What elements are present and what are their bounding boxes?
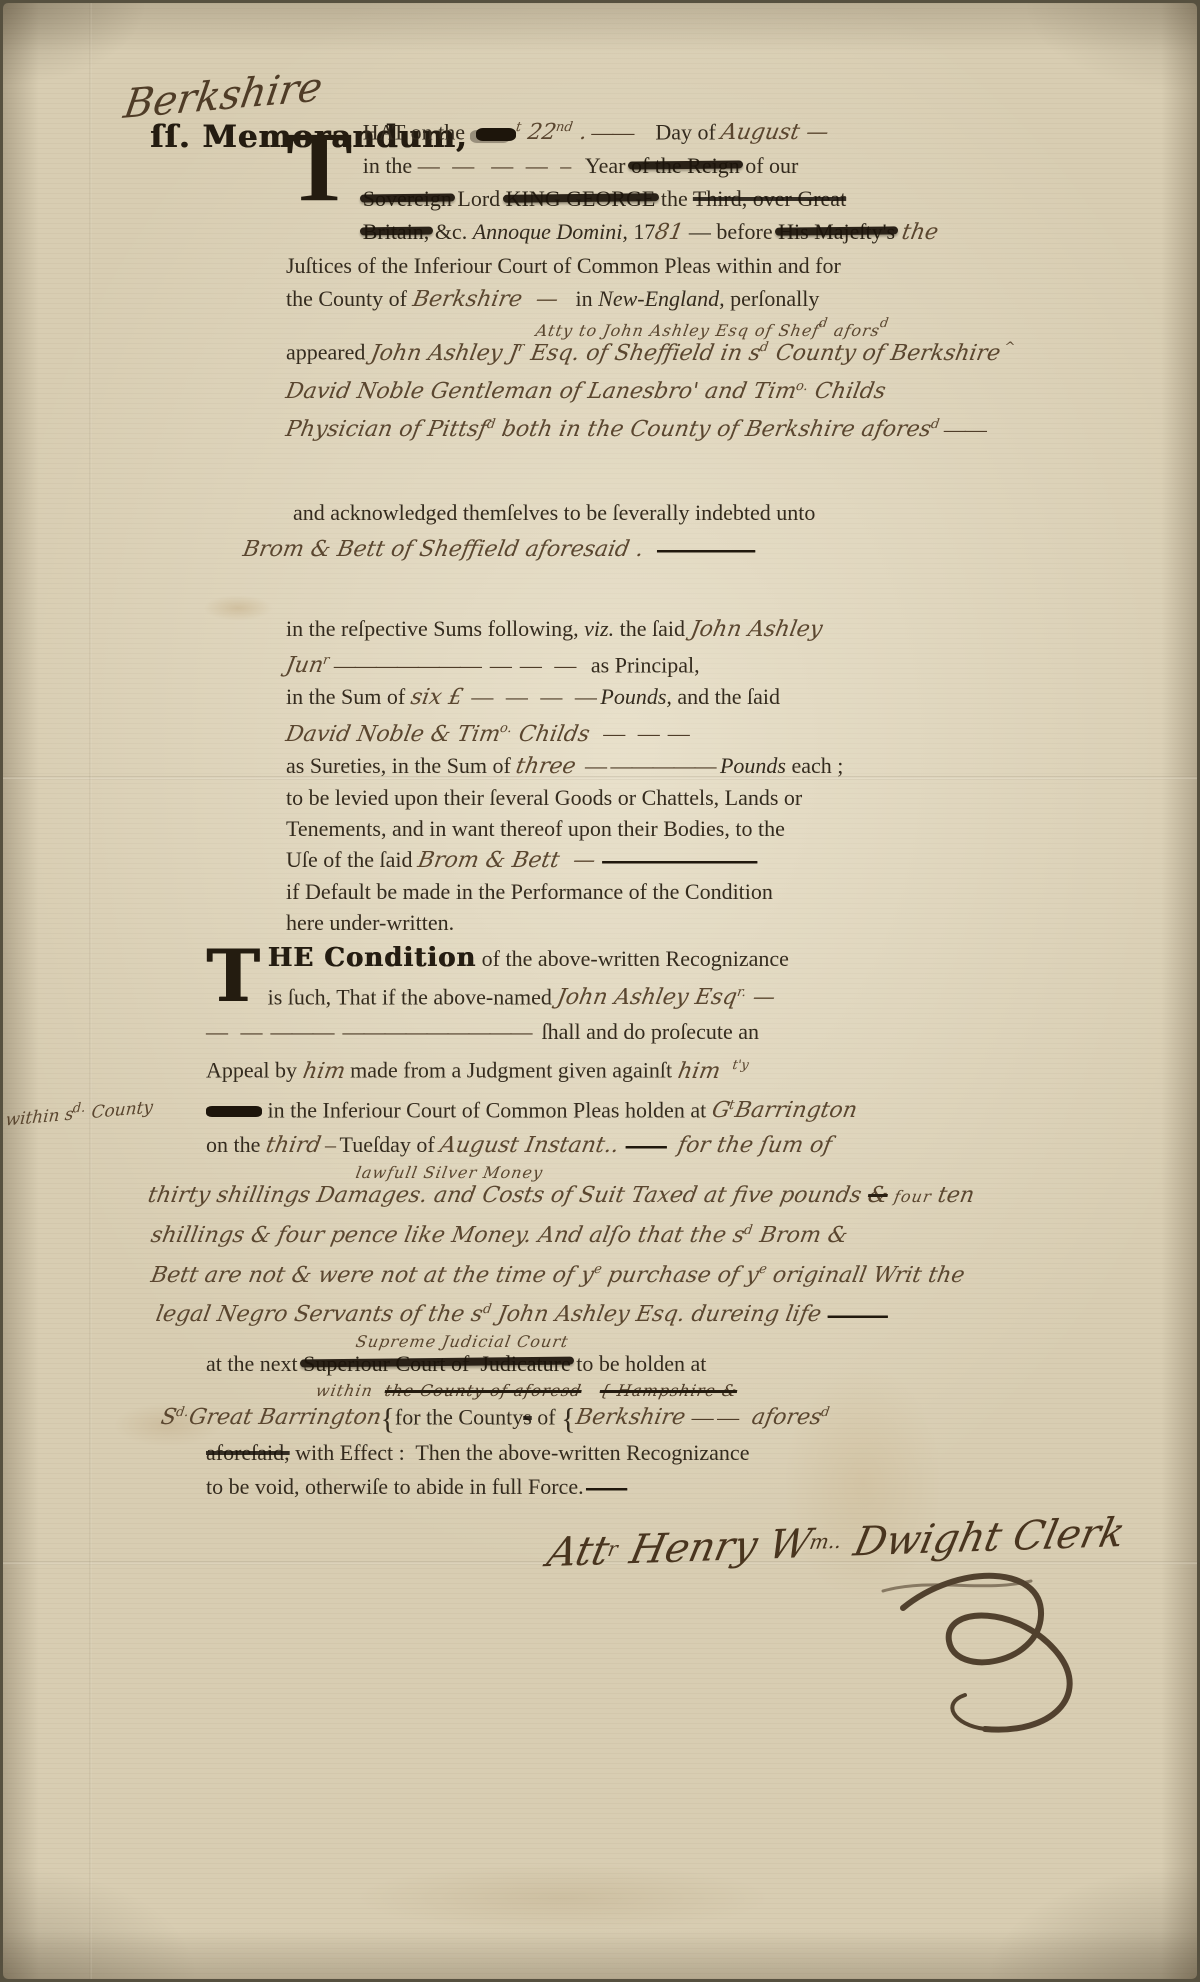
text-segment: Jun (283, 650, 326, 681)
text-segment: Juſtices of the Inferiour Court of Commo… (286, 253, 841, 278)
text-segment: Supreme Judicial Court (355, 1334, 570, 1349)
text-segment: Britain, (363, 219, 430, 244)
text-segment: Bett are not & were not at the time of y (148, 1259, 596, 1293)
text-segment: Superiour Court of Judicature (303, 1351, 571, 1376)
text-segment: him (675, 1055, 723, 1089)
text-segment: Day of (633, 119, 721, 144)
text-segment: Dwight Clerk (837, 1507, 1130, 1569)
text-line: — — ——— ————————— ſhall and do proſecute… (206, 1015, 916, 1049)
text-segment: – (321, 1132, 340, 1157)
text-segment: legal Negro Servants of the s (153, 1298, 486, 1332)
text-segment: shillings & four pence like Money. And a… (148, 1219, 747, 1253)
text-line: Tenements, and in want thereof upon thei… (286, 813, 946, 844)
text-line: Sovereign Lord KING GEORGE the Third, ov… (286, 182, 936, 215)
text-segment: Great Barrington (186, 1401, 384, 1435)
text-segment: Brom & Bett of Sheffield aforesaid . (240, 532, 661, 568)
document-page: Berkshire ſſ. Memorandum, T HAT on the t… (3, 3, 1197, 1979)
text-segment: HAT on the (363, 119, 476, 144)
text-line: Atty to John Ashley Esq of Shefd aforsd (286, 316, 936, 331)
text-segment: KING GEORGE (506, 186, 656, 211)
text-segment: Year (575, 153, 631, 178)
text-segment: ^ (998, 331, 1018, 364)
text-segment: to be void, otherwiſe to abide in full F… (206, 1474, 584, 1499)
signature-flourish (863, 1563, 1143, 1773)
text-line: HE Condition of the above-written Recogn… (206, 941, 916, 976)
text-segment: — — (692, 1404, 739, 1429)
text-segment: Barrington (732, 1094, 860, 1128)
text-segment: Childs (805, 375, 888, 408)
text-segment: Berkshire (573, 1401, 695, 1435)
text-segment: thirty shillings Damages. and Costs of S… (145, 1179, 871, 1213)
text-line: thirty shillings Damages. and Costs of S… (148, 1178, 916, 1214)
text-segment: Tenements, and in want thereof upon thei… (286, 816, 785, 841)
text-segment (476, 128, 516, 141)
text-line: lawfull Silver Money (206, 1163, 916, 1178)
paragraph-condition: T HE Condition of the above-written Reco… (206, 941, 916, 1504)
text-segment: d. (73, 1098, 86, 1119)
text-segment: him (300, 1055, 348, 1089)
text-segment: August — (718, 116, 831, 149)
text-segment: Third, over Great (693, 186, 846, 211)
margin-note: within sd. County (4, 1093, 153, 1130)
text-segment: on the (206, 1132, 266, 1157)
text-segment: both in the County of Berkshire afores (492, 413, 934, 446)
text-segment: —— (626, 1132, 664, 1157)
text-segment: and the ſaid (672, 684, 780, 709)
text-segment (206, 1106, 262, 1117)
text-segment: ————— (657, 536, 752, 561)
text-segment: in the reſpective Sums following, (286, 616, 584, 641)
text-line: within sd. County (4, 1093, 153, 1130)
text-segment: 22 (518, 116, 559, 149)
text-line: Brom & Bett of Sheffield aforesaid . ———… (243, 531, 953, 568)
text-segment: perſonally (725, 286, 820, 311)
text-segment: within (315, 1383, 375, 1398)
text-segment: Uſe of the ſaid (286, 847, 418, 872)
text-segment: ———————— (602, 847, 754, 872)
text-segment: three (514, 751, 579, 782)
text-segment: the (655, 186, 692, 211)
text-segment: and acknowledged themſelves to be ſevera… (293, 500, 815, 525)
text-segment: as Sureties, in the Sum of (286, 753, 516, 778)
text-line: Physician of Pittsfd both in the County … (286, 408, 936, 446)
text-line: and acknowledged themſelves to be ſevera… (293, 495, 953, 531)
text-segment: of the above-written Recognizance (476, 946, 789, 971)
text-segment: ——— (828, 1301, 885, 1326)
text-segment: — — — — (462, 684, 600, 709)
text-segment: Henry W (612, 1518, 816, 1577)
drop-cap: T (286, 115, 353, 241)
text-segment: third (263, 1129, 324, 1163)
text-segment: — before (683, 219, 778, 244)
text-segment: HE Condition (268, 943, 477, 973)
text-segment: the County of aforesd (384, 1383, 583, 1398)
text-line: as Sureties, in the Sum of three — —————… (286, 750, 946, 782)
text-line: if Default be made in the Performance of… (286, 876, 946, 907)
text-segment: with Effect : Then the above-written Rec… (290, 1440, 750, 1465)
text-segment: County (85, 1097, 153, 1123)
text-segment: appeared (286, 340, 371, 365)
stain (353, 1863, 773, 1933)
text-segment: purchase of y (598, 1259, 761, 1293)
text-line: to be levied upon their ſeveral Goods or… (286, 782, 946, 813)
text-segment: John Ashley Esq (554, 981, 740, 1015)
text-segment: — (743, 981, 778, 1015)
text-line: HAT on the t 22nd . —— Day of August — (286, 111, 936, 149)
text-line: shillings & four pence like Money. And a… (151, 1214, 916, 1253)
text-line: the County of Berkshire — in New-England… (286, 282, 936, 316)
text-segment: here under-written. (286, 910, 454, 935)
text-segment: —— (584, 1474, 625, 1499)
text-segment: t'y (717, 1049, 750, 1083)
text-segment: Pounds, (600, 684, 672, 709)
text-line: here under-written. (286, 907, 946, 938)
text-segment: August Instant.. (437, 1129, 629, 1163)
text-segment: New-England, (598, 286, 725, 311)
text-segment: Tueſday of (340, 1132, 441, 1157)
text-segment: 17 (628, 219, 656, 244)
paragraph-indebted: and acknowledged themſelves to be ſevera… (293, 495, 953, 568)
text-segment: { Hampshire & (599, 1383, 739, 1398)
text-line: legal Negro Servants of the sd John Ashl… (156, 1293, 916, 1332)
text-segment: —— (939, 416, 986, 441)
text-segment: four (885, 1180, 935, 1214)
text-line: Supreme Judicial Court (206, 1332, 916, 1347)
text-segment: John Ashley J (368, 337, 521, 370)
text-segment: Brom & (750, 1219, 850, 1253)
text-segment: Brom & Bett — (415, 845, 605, 876)
text-line: on the third – Tueſday of August Instant… (206, 1128, 916, 1163)
text-segment: lawfull Silver Money (355, 1165, 545, 1180)
text-segment: in the Inferiour Court of Common Pleas h… (262, 1097, 712, 1122)
text-segment: —— (587, 119, 634, 144)
text-line: appeared John Ashley Jr Esq. of Sheffiel… (286, 331, 936, 369)
text-segment: in the Sum of (286, 684, 411, 709)
text-line: Uſe of the ſaid Brom & Bett — ———————— (286, 844, 946, 876)
text-segment: for the ſum of (661, 1129, 834, 1163)
text-line: in the reſpective Sums following, viz. t… (286, 613, 946, 645)
text-segment: afores (735, 1401, 824, 1435)
text-segment: of (532, 1404, 561, 1429)
text-line: David Noble Gentleman of Lanesbro' and T… (286, 370, 936, 408)
text-segment: Esq. of Sheffield in s (521, 337, 763, 370)
paragraph-recognizance: T HAT on the t 22nd . —— Day of August —… (286, 111, 936, 446)
text-segment: the County of (286, 286, 413, 311)
text-segment: six £ (408, 682, 465, 713)
text-segment: — ————— (576, 753, 720, 778)
text-line: is ſuch, That if the above-named John As… (206, 976, 916, 1015)
text-line: aforeſaid, with Effect : Then the above-… (206, 1436, 916, 1470)
text-segment: viz. (584, 616, 614, 641)
text-line: at the next Superiour Court of Judicatur… (206, 1347, 916, 1381)
text-segment: to be holden at (571, 1351, 707, 1376)
text-segment: Atty to John Ashley Esq of Shef (535, 323, 821, 338)
paragraph-sums: in the reſpective Sums following, viz. t… (286, 613, 946, 938)
text-segment: Appeal by (206, 1058, 303, 1083)
text-segment: ten (928, 1179, 977, 1213)
text-segment: ——————— — — — (329, 652, 580, 677)
text-segment: — — — (603, 721, 689, 746)
fold-crease (89, 3, 92, 1979)
text-line: Junr ——————— — — — as Principal, (286, 645, 946, 681)
text-segment: — — — — – (418, 153, 575, 178)
text-line: in the Inferiour Court of Common Pleas h… (206, 1089, 916, 1128)
text-segment: is ſuch, That if the above-named (268, 984, 558, 1009)
text-segment: Pounds (720, 753, 786, 778)
text-segment: as Principal, (580, 652, 700, 677)
text-segment: of our (740, 153, 799, 178)
drop-cap: T (206, 947, 260, 1011)
text-line: within the County of aforesd { Hampshire… (206, 1381, 916, 1396)
text-segment: — — ——— ————————— (206, 1019, 536, 1044)
text-line: Appeal by him made from a Judgment given… (206, 1049, 916, 1088)
text-segment: the ſaid (614, 616, 690, 641)
text-segment: aforeſaid, (206, 1440, 290, 1465)
text-segment: originall Writ the (763, 1259, 967, 1293)
text-segment: each ; (786, 753, 843, 778)
text-segment: afors (826, 323, 881, 338)
text-segment: for the County (395, 1404, 523, 1429)
text-segment: d (879, 316, 889, 331)
text-line: in the Sum of six £ — — — — Pounds, and … (286, 681, 946, 713)
text-segment: 81 (652, 216, 686, 249)
text-segment: of the Reign (631, 153, 740, 178)
text-segment: Sovereign (363, 186, 452, 211)
text-segment: within s (5, 1104, 75, 1130)
text-line: in the — — — — – Year of the Reign of ou… (286, 149, 936, 182)
text-segment: His Majeſty's (778, 219, 895, 244)
text-line: Britain, &c. Annoque Domini, 1781 — befo… (286, 215, 936, 249)
text-segment: in the (363, 153, 418, 178)
text-segment: made from a Judgment given againſt (345, 1058, 678, 1083)
text-segment: David Noble & Tim (283, 719, 503, 750)
text-line: David Noble & Timo. Childs — — — (286, 713, 946, 749)
text-line: to be void, otherwiſe to abide in full F… (206, 1470, 916, 1504)
text-segment: Annoque Domini, (473, 219, 628, 244)
text-segment: Berkshire — (410, 283, 568, 316)
text-segment: David Noble Gentleman of Lanesbro' and T… (283, 375, 799, 408)
text-line: Sd.Great Barrington{for the Countys of {… (161, 1396, 916, 1436)
text-segment: in (565, 286, 599, 311)
text-segment: John Ashley Esq. dureing life (488, 1298, 831, 1332)
text-segment: at the next (206, 1351, 303, 1376)
text-segment: County of Berkshire (766, 337, 1003, 370)
text-segment: Lord (452, 186, 506, 211)
text-line: Bett are not & were not at the time of y… (151, 1253, 916, 1292)
stain (203, 595, 273, 621)
text-segment: s (523, 1404, 532, 1429)
text-segment: the (892, 216, 941, 249)
text-segment: to be levied upon their ſeveral Goods or… (286, 785, 802, 810)
text-line: Juſtices of the Inferiour Court of Commo… (286, 249, 936, 282)
text-segment: &c. (429, 219, 472, 244)
text-segment: Physician of Pittsf (283, 413, 490, 446)
text-segment: ſhall and do proſecute an (536, 1019, 759, 1044)
text-segment: John Ashley (688, 614, 825, 645)
text-segment: Childs (509, 719, 606, 750)
text-segment: if Default be made in the Performance of… (286, 879, 773, 904)
